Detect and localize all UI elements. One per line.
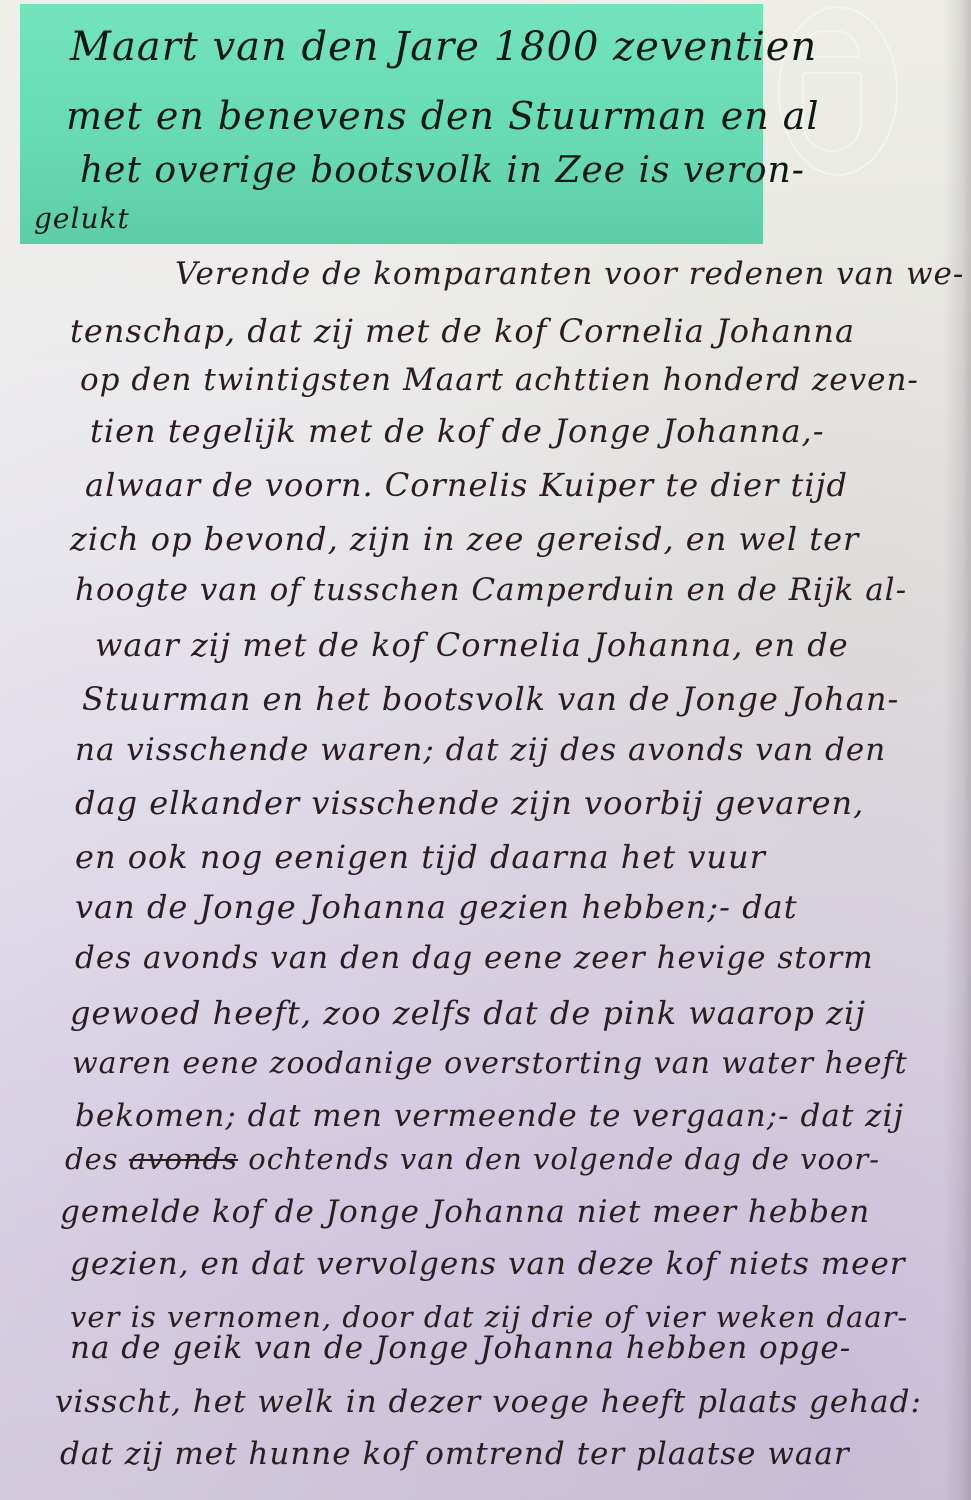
body-line-1: Verende de komparanten voor redenen van … [175,256,964,292]
body-line-10: na visschende waren; dat zij des avonds … [75,732,886,768]
page-edge [943,0,971,1500]
body-line-6: zich op bevond, zijn in zee gereisd, en … [70,520,859,558]
body-line-5: alwaar de voorn. Cornelis Kuiper te dier… [85,466,848,504]
body-line-20: gezien, en dat vervolgens van deze kof n… [70,1246,906,1282]
body-line-11: dag elkander visschende zijn voorbij gev… [75,784,864,822]
highlight-line-3: het overige bootsvolk in Zee is veron- [80,150,805,191]
body-line-15: gewoed heeft, zoo zelfs dat de pink waar… [70,994,866,1032]
highlight-line-2: met en benevens den Stuurman en al [66,94,820,138]
body-line-22: na de geik van de Jonge Johanna hebben o… [70,1330,851,1366]
struck-word: avonds [129,1142,238,1176]
body-line-12: en ook nog eenigen tijd daarna het vuur [75,838,766,876]
line-rest: ochtends van den volgende dag de voor- [238,1142,880,1176]
body-line-14: des avonds van den dag eene zeer hevige … [75,940,874,976]
body-line-24: dat zij met hunne kof omtrend ter plaats… [60,1436,850,1472]
body-line-17: bekomen; dat men vermeende te vergaan;- … [75,1098,904,1134]
body-line-3: op den twintigsten Maart achttien honder… [80,362,919,398]
body-line-7: hoogte van of tusschen Camperduin en de … [75,572,907,608]
body-line-2: tenschap, dat zij met de kof Cornelia Jo… [70,312,855,350]
body-line-9: Stuurman en het bootsvolk van de Jonge J… [82,680,899,718]
body-line-16: waren eene zoodanige overstorting van wa… [72,1046,908,1081]
body-line-18: des avonds ochtends van den volgende dag… [65,1142,880,1176]
highlight-line-1: Maart van den Jare 1800 zeventien [70,24,817,70]
body-line-13: van de Jonge Johanna gezien hebben;- dat [75,888,798,926]
body-line-4: tien tegelijk met de kof de Jonge Johann… [90,412,825,450]
body-line-19: gemelde kof de Jonge Johanna niet meer h… [60,1194,870,1230]
struck-prefix: des [65,1142,129,1176]
body-line-23: visscht, het welk in dezer voege heeft p… [55,1384,922,1420]
body-line-21: ver is vernomen, door dat zij drie of vi… [70,1300,908,1334]
highlight-line-4: gelukt [34,202,130,235]
body-line-8: waar zij met de kof Cornelia Johanna, en… [95,626,849,664]
